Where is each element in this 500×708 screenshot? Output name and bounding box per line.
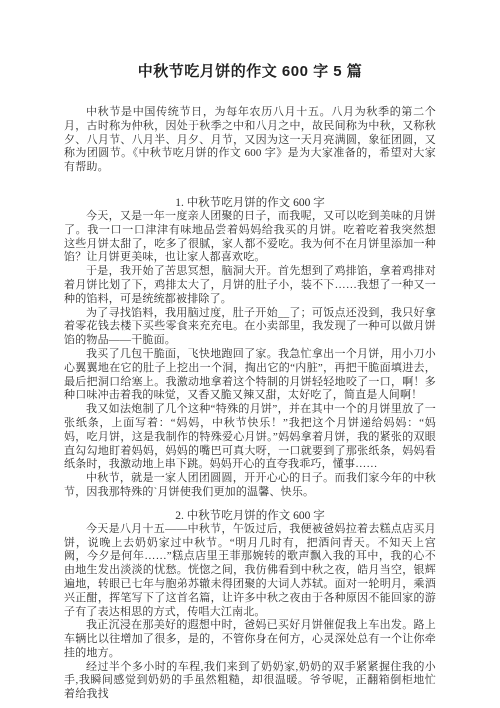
paragraph: 为了寻找馅料，我用脑过度，肚子开始__了；可饭点还没到，我只好拿着零花钱去楼下买…: [64, 307, 436, 348]
paragraph: 今天是八月十五——中秋节，午饭过后，我便被爸妈拉着去糕点店买月饼，说晚上去奶奶家…: [64, 523, 436, 620]
paragraph: 我买了几包干脆面，飞快地跑回了家。我急忙拿出一个月饼，用小刀小心翼翼地在它的肚子…: [64, 348, 436, 403]
section-2: 2. 中秋节吃月饼的作文 600 字 今天是八月十五——中秋节，午饭过后，我便被…: [64, 509, 436, 702]
section-1: 1. 中秋节吃月饼的作文 600 字 今天，又是一年一度亲人团聚的日子，而我呢，…: [64, 196, 436, 500]
intro-paragraph: 中秋节是中国传统节日，为每年农历八月十五。八月为秋季的第二个月，古时称为仲秋，因…: [64, 106, 436, 175]
paragraph: 我又如法炮制了几个这种“特殊的月饼”，并在其中一个的月饼里放了一张纸条，上面写着…: [64, 403, 436, 472]
paragraph: 经过半个多小时的车程,我们来到了奶奶家,奶奶的双手紧紧握住我的小手,我瞬间感觉到…: [64, 661, 436, 702]
paragraph: 今天，又是一年一度亲人团聚的日子，而我呢，又可以吃到美味的月饼了。我一口一口津津…: [64, 210, 436, 265]
doc-title: 中秋节吃月饼的作文 600 字 5 篇: [64, 62, 436, 82]
section-2-heading: 2. 中秋节吃月饼的作文 600 字: [64, 509, 436, 523]
paragraph: 于是，我开始了苦思冥想，脑洞大开。首先想到了鸡排馅，拿着鸡排对着月饼比划了下，鸡…: [64, 265, 436, 306]
paragraph: 我正沉浸在那美好的遐想中时，爸妈已买好月饼催促我上车出发。路上车辆比以往增加了很…: [64, 619, 436, 660]
section-1-heading: 1. 中秋节吃月饼的作文 600 字: [64, 196, 436, 210]
paragraph: 中秋节，就是一家人团团圆圆，开开心心的日子。而我们家今年的中秋节，因我那特殊的`…: [64, 472, 436, 500]
document-page: 中秋节吃月饼的作文 600 字 5 篇 中秋节是中国传统节日，为每年农历八月十五…: [0, 0, 500, 708]
